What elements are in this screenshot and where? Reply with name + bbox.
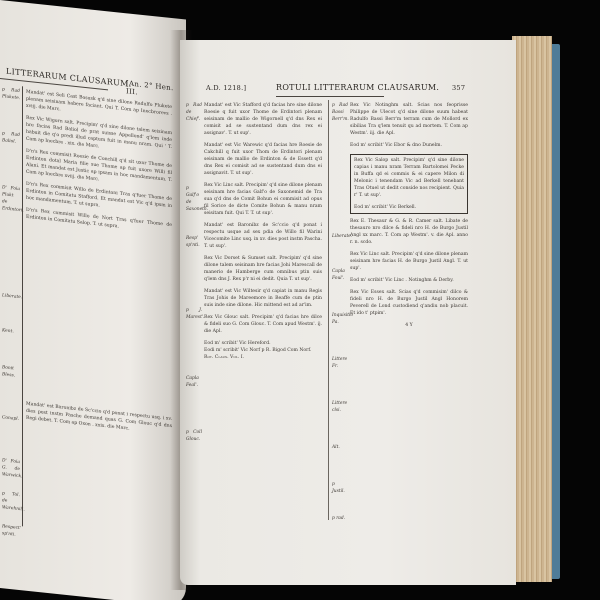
entry: Mandat' est Vic Wiltesir q'd capiat in m…	[204, 288, 322, 309]
margin-note: Inquisitio Pa.	[332, 312, 348, 326]
entry: Rex Vic Glouc salt. Precipim' q'd facias…	[204, 314, 322, 335]
margin-notes-right-column: p Rad Bassi Berr'm. Liberate. Capla Foul…	[332, 102, 348, 527]
entry: Mandat' est Vic Warewic q'd facias hre R…	[204, 142, 322, 177]
margin-note: Conapl.	[2, 414, 20, 423]
margin-note: p Rad Plukete.	[2, 86, 20, 102]
boxed-entry: Rex Vic Salop salt. Precipim' q'd sine d…	[350, 154, 468, 214]
entry: Rex Vic Salop salt. Precipim' q'd sine d…	[354, 157, 464, 199]
right-page-left-column: Mandat' est Vic Stafford q'd facias hre …	[204, 102, 322, 361]
margin-note: Capla Feal'.	[186, 375, 202, 389]
closing-line: Eod m' scribit' Vic Hereford.	[204, 340, 322, 347]
margin-note: p Justil.	[332, 481, 348, 495]
footer-left: Rot. Claus. Vol. I.	[204, 354, 322, 361]
entry: Rex Vic Notinghm salt. Scias nos feopris…	[350, 102, 468, 137]
entry: Rex Vic Linc salt. Precipim' q'd sine di…	[350, 251, 468, 272]
entry: Mandat' est Baronibz de Sc'ccio q'd pona…	[204, 222, 322, 250]
margin-note: Bonit Bless.	[2, 364, 20, 380]
margin-note: p Coll Glouc.	[186, 429, 202, 443]
margin-note: Alt.	[332, 444, 348, 451]
margin-note: Littere Fr.	[332, 356, 348, 370]
entry: Rex E. Thesaur & G. & R. Camer salt. Lib…	[350, 218, 468, 246]
margin-note: p Rad de Chief'.	[186, 102, 202, 123]
entry: Mandat' est Baronibz de Sc'ccio q'd pona…	[26, 401, 172, 437]
margin-note: p J. Marest'.	[186, 307, 202, 321]
entry: Rex Vic Dorset & Sumset salt. Precipim' …	[204, 255, 322, 283]
margin-note: p Rad Baliol.	[2, 130, 20, 146]
entry: Mandat' est Vic Stafford q'd facias hre …	[204, 102, 322, 137]
signature-mark: 4 Y	[350, 322, 468, 329]
margin-note: Littere clsi.	[332, 400, 348, 414]
entry: Eod m' scribit' Vic Ebor & dno Dunelm.	[350, 142, 468, 149]
margin-note: D' Foia Plukt de Erdintori.	[2, 184, 20, 214]
page-number: 357	[452, 84, 465, 92]
entry: Eod m' scribit' Vic Berkell.	[354, 204, 464, 211]
margin-note: Kent.	[2, 327, 20, 336]
head-rule	[276, 96, 384, 97]
right-page-right-column: Rex Vic Notinghm salt. Scias nos feopris…	[350, 102, 468, 329]
page-fore-edge	[512, 36, 552, 582]
right-page: A.D. 1218.] ROTULI LITTERARUM CLAUSARUM.…	[180, 40, 516, 585]
left-margin-notes: p Rad Plukete. p Rad Baliol. D' Foia Plu…	[2, 86, 20, 544]
closing-line: Eodi m' scribit' Vic Norf p R. Bigod Com…	[204, 347, 322, 354]
entry: Rex Vic Essex salt. Scias q'd commisim' …	[350, 289, 468, 317]
margin-note: Liberate.	[2, 292, 20, 301]
photo-background: LITTERARUM CLAUSARUM. [An. 2° Hen. III. …	[0, 0, 600, 600]
running-head-title: ROTULI LITTERARUM CLAUSARUM.	[276, 83, 439, 92]
running-head-date: A.D. 1218.]	[206, 84, 246, 92]
entry: Eod m' scribit' Vic Linc . Notinghm & De…	[350, 277, 468, 284]
margin-note: p Galf'o de Saxoneth.	[186, 185, 202, 213]
column-rule	[328, 100, 329, 520]
margin-note: D' Foia G. de Warwick.	[2, 457, 20, 480]
margin-note: p Tol. de Warehnill.	[2, 490, 20, 513]
margin-note: Capla Foul'.	[332, 268, 348, 282]
margin-note: p Rad Bassi Berr'm.	[332, 102, 348, 123]
entry: Rex Vic Linc salt. Precipim' q'd sine di…	[204, 182, 322, 217]
column-rule	[22, 86, 23, 526]
left-main-column: Mandat' est Seli Cast Bosusk q'd sine di…	[26, 89, 172, 442]
margin-note: Resp' sp'nti.	[186, 235, 202, 249]
margin-note: p rad.	[332, 515, 348, 522]
margin-notes-left-column: p Rad de Chief'. p Galf'o de Saxoneth. R…	[186, 102, 202, 448]
margin-note: Respect' sp'nti.	[2, 523, 20, 539]
left-page: LITTERARUM CLAUSARUM. [An. 2° Hen. III. …	[0, 0, 186, 600]
margin-note: Liberate.	[332, 233, 348, 240]
